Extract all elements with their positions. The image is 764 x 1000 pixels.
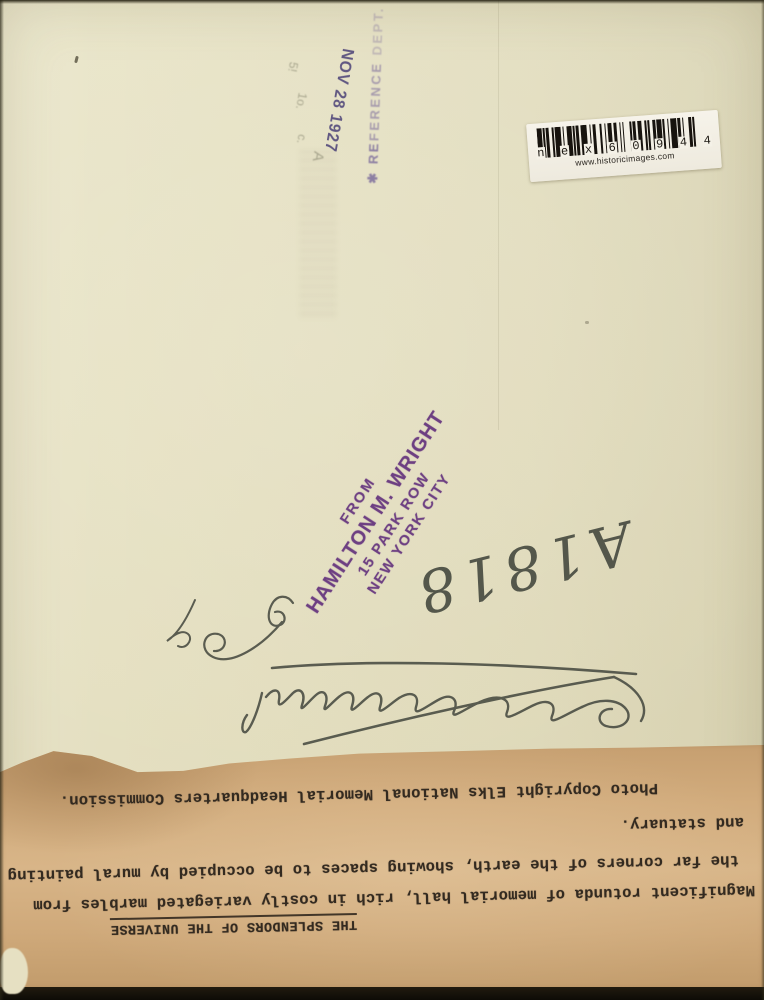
faint-pencil-note: 5! [285,61,301,73]
reference-stamp-start: RE [366,141,382,165]
faint-pencil-note: c. [294,133,309,145]
caption-slip: THE SPLENDORS OF THE UNIVERSE Magnificen… [0,740,764,987]
reference-stamp-ornament: ✱ [365,164,381,184]
caption-line: the far corners of the earth, showing sp… [7,851,739,884]
caption-slip-reading-frame: THE SPLENDORS OF THE UNIVERSE Magnificen… [0,740,764,987]
scan-left-edge [0,0,4,1000]
caption-title: THE SPLENDORS OF THE UNIVERSE [110,913,357,936]
barcode-char: 9 [655,138,665,151]
barcode-char: e [560,145,570,158]
ink-ghost-streak [299,150,337,320]
barcode-char: x [583,143,593,156]
reference-stamp-end: DEPT. [369,6,386,56]
historicimages-barcode-sticker: n e x 6 0 9 4 4 www.historicimages.com [526,110,722,182]
barcode-char: 4 [678,136,688,149]
slip-torn-notch [0,948,28,994]
barcode-char: 6 [607,142,617,155]
reference-dept-stamp: ✱ REFERENCE DEPT. [365,0,392,195]
caption-line: and statuary. [620,813,744,834]
caption-line: Magnificent rotunda of memorial hall, ri… [33,881,755,914]
paper-fleck [585,321,589,324]
paper-fleck [74,56,79,64]
caption-line: Photo Copyright Elks National Memorial H… [59,779,658,810]
date-received-stamp: NOV 28 1927 [315,39,359,161]
scan-top-edge [0,0,764,4]
barcode-char: n [536,147,546,160]
faint-pencil-note: 1o. [293,92,310,111]
reference-stamp-mid: FERENCE [366,55,384,141]
barcode-char: 0 [631,140,641,153]
photo-back-scan: ✱ REFERENCE DEPT. NOV 28 1927 5! 1o. c. … [0,0,764,1000]
barcode-char: 4 [702,134,712,147]
pencil-catalog-number: A1818 [402,496,640,628]
paper-crease [498,0,499,430]
scan-bottom-edge [0,985,764,1000]
